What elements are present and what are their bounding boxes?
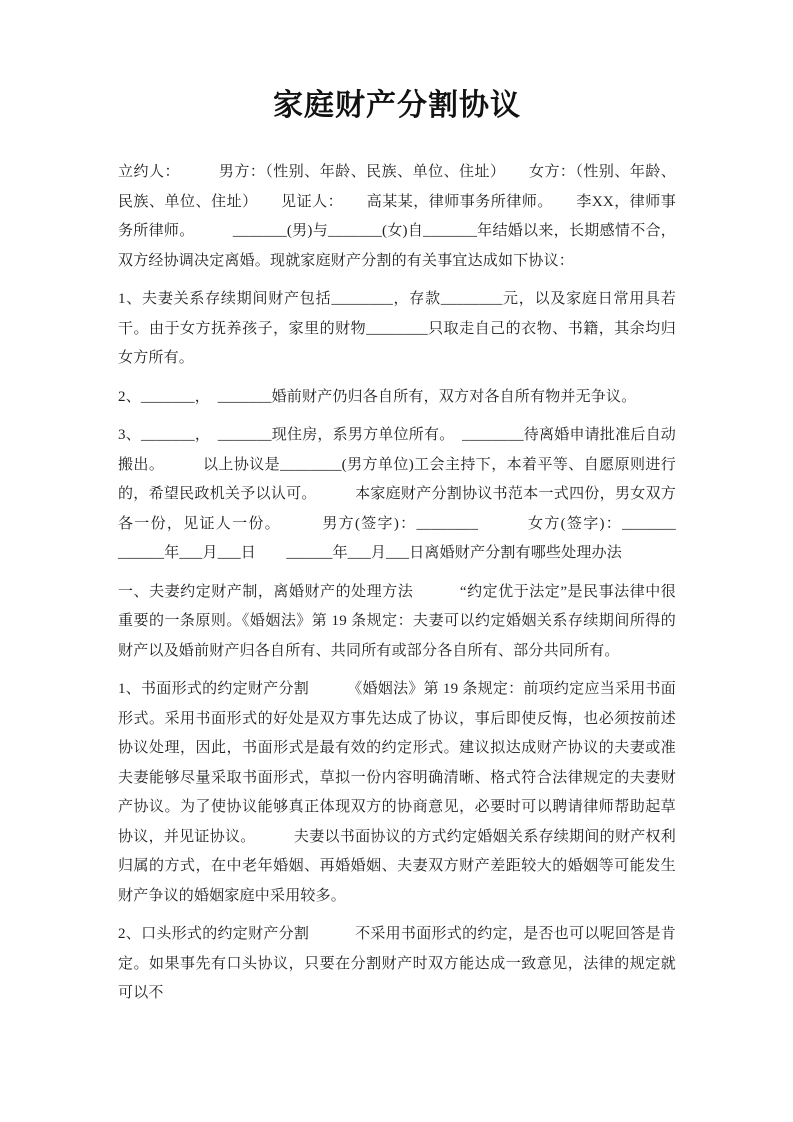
written-form-agreement-paragraph: 1、书面形式的约定财产分割 《婚姻法》第 19 条规定：前项约定应当采用书面形式…	[118, 675, 676, 911]
clause-3-housing-and-signatures-paragraph: 3、_______， _______现住房，系男方单位所有。 ________待…	[118, 421, 676, 569]
clause-2-premarital-property-paragraph: 2、_______， _______婚前财产仍归各自所有，双方对各自所有物并无争…	[118, 383, 676, 413]
section-1-agreed-property-regime-paragraph: 一、夫妻约定财产制，离婚财产的处理方法 “约定优于法定”是民事法律中很重要的一条…	[118, 578, 676, 667]
oral-form-agreement-paragraph: 2、口头形式的约定财产分割 不采用书面形式的约定，是否也可以呢回答是肯定。如果事…	[118, 920, 676, 1009]
document-title: 家庭财产分割协议	[118, 84, 676, 128]
clause-1-property-scope-paragraph: 1、夫妻关系存续期间财产包括________，存款________元，以及家庭日…	[118, 285, 676, 374]
document-page: 家庭财产分割协议 立约人： 男方：（性别、年龄、民族、单位、住址） 女方：（性别…	[0, 0, 793, 1122]
parties-intro-paragraph: 立约人： 男方：（性别、年龄、民族、单位、住址） 女方：（性别、年龄、民族、单位…	[118, 158, 676, 276]
